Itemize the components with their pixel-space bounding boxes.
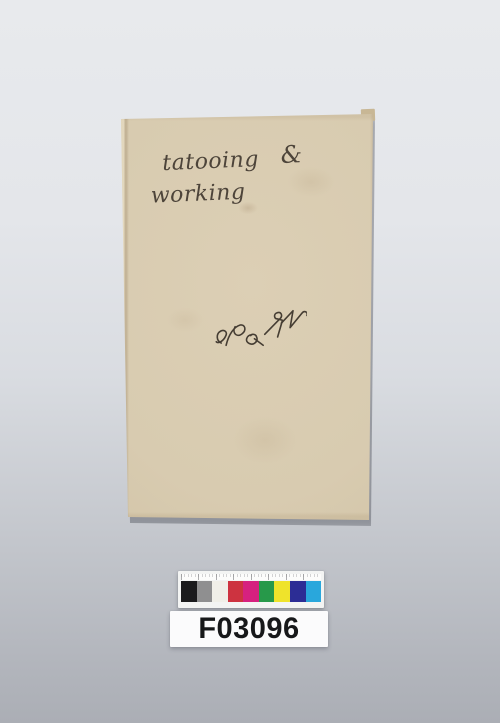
photo-stage: tatooing& working F03096 — [0, 0, 500, 723]
ruler-strip — [181, 574, 321, 580]
color-patch-blue — [290, 581, 306, 602]
color-calibration-card — [178, 571, 324, 608]
booklet-cover: tatooing& working — [115, 110, 379, 524]
catalog-number: F03096 — [198, 614, 299, 644]
handwriting-word-working: working — [150, 173, 321, 212]
color-patch-red — [228, 581, 244, 602]
inverted-handwriting-squiggle — [210, 294, 307, 365]
color-patch-white — [212, 581, 228, 602]
color-patches-row — [181, 581, 321, 602]
handwriting-word-tatooing: tatooing — [162, 147, 260, 176]
color-patch-green — [259, 581, 275, 602]
catalog-label-card: F03096 — [170, 611, 328, 647]
color-patch-cyan — [306, 581, 322, 602]
handwriting-title: tatooing& working — [149, 139, 322, 212]
color-patch-yellow — [274, 581, 290, 602]
handwriting-ampersand: & — [280, 138, 303, 171]
color-patch-magenta — [243, 581, 259, 602]
color-patch-gray — [197, 581, 213, 602]
color-patch-black — [181, 581, 197, 602]
